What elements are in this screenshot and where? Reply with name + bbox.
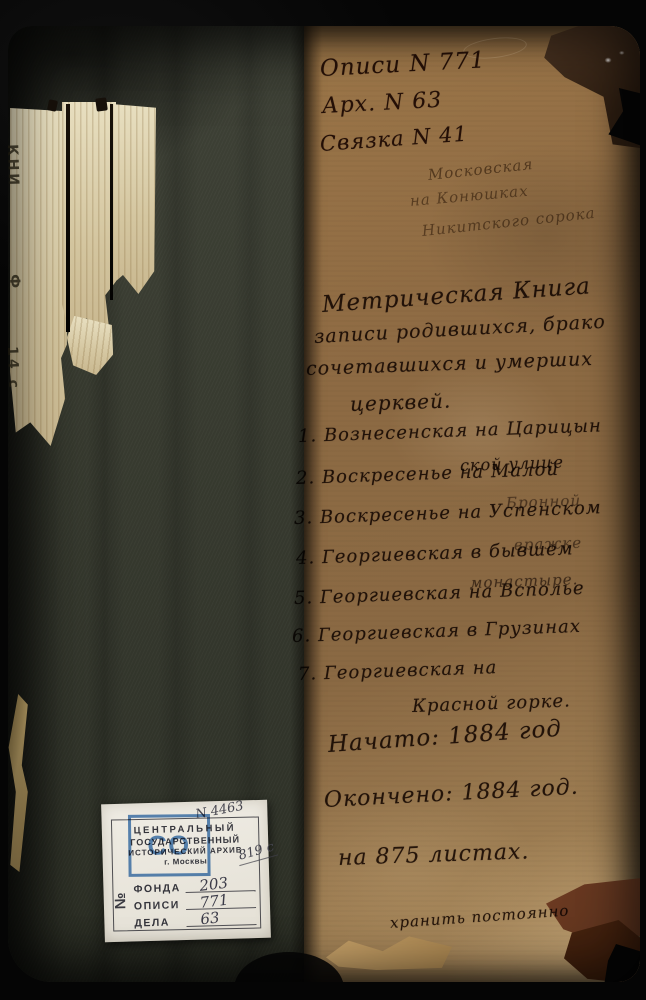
- field-label: ФОНДА: [133, 882, 181, 895]
- bookmark-ribbon: [8, 694, 29, 872]
- spine-label-fragment: 14 с: [8, 346, 22, 391]
- spine-label-fragment: Ф: [8, 274, 23, 291]
- field-row-delo: ДЕЛА 63: [134, 910, 256, 930]
- spine-label-fragment: КНИ: [8, 144, 22, 188]
- field-label: ДЕЛА: [134, 916, 170, 929]
- title-line: церквей.: [350, 388, 452, 416]
- field-value: 63: [199, 908, 220, 928]
- spine-cover-seam: [290, 26, 322, 982]
- label-tear-crack: [66, 104, 70, 332]
- photo-stage: КНИ Ф 14 с Описи N 771 Арх. N 63 Связка …: [0, 0, 646, 1000]
- numero-sign: №: [112, 891, 129, 909]
- label-fields: ФОНДА 203 ОПИСИ 771 ДЕЛА 63: [133, 876, 256, 930]
- archive-label: N 4463 819 с ЦЕНТРАЛЬНЫЙ ГОСУДАРСТВЕННЫЙ…: [101, 800, 271, 943]
- glue-mark: [47, 99, 58, 112]
- field-label: ОПИСИ: [134, 899, 180, 912]
- glue-mark: [95, 97, 108, 111]
- field-underline: [187, 924, 257, 927]
- book-cover: КНИ Ф 14 с Описи N 771 Арх. N 63 Связка …: [8, 26, 640, 982]
- label-tear-crack: [110, 104, 113, 300]
- torn-spine-label-strip: [112, 104, 156, 294]
- blue-ink-stamp: СО: [128, 814, 211, 877]
- torn-spine-label-strip: [62, 102, 116, 332]
- blue-stamp-text: СО: [147, 830, 191, 861]
